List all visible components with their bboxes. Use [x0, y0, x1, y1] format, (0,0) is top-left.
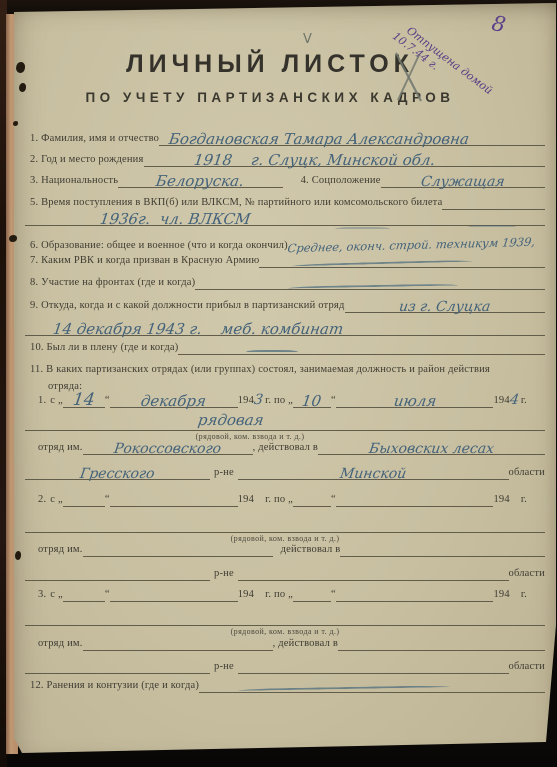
- lbl-acted: , действовал в: [253, 442, 318, 455]
- entry1-position: рядовая: [197, 411, 265, 429]
- entry2-hint-line: [25, 532, 545, 533]
- scanned-document: 8 Отпущена домой 10.7.44 г. V ЛИЧНЫЙ ЛИС…: [0, 0, 557, 767]
- field-nationality-line: Белоруска.: [118, 174, 282, 188]
- field-units-intro: 11. В каких партизанских отрядах (или гр…: [30, 364, 490, 377]
- entry1-hint-row: (рядовой, ком. взвода и т. д.): [25, 430, 545, 441]
- entry2-day2-slot: [293, 493, 331, 507]
- entry2-otryad-slot: [83, 543, 273, 557]
- entry3-hint-line: [25, 625, 545, 626]
- field-birth: 2. Год и место рождения 1918 г. Слуцк, М…: [30, 153, 545, 167]
- lbl-acted: действовал в: [281, 544, 341, 557]
- entry1-district: Гресского: [79, 466, 156, 482]
- field-captivity-label: 10. Был ли в плену (где и когда): [30, 342, 178, 355]
- entry1-district-row: Гресского р-не Минской области: [25, 466, 545, 480]
- field-surname-line: Богдановская Тамара Александровна: [159, 132, 545, 146]
- field-rvk-label: 7. Каким РВК и когда призван в Красную А…: [30, 255, 259, 268]
- field-captivity-line: [178, 341, 545, 355]
- entry3-otryad-row: отряд им. , действовал в: [38, 637, 545, 651]
- field-birth-line: 1918 г. Слуцк, Минской обл.: [144, 153, 545, 167]
- field-social-value: Служащая: [420, 174, 506, 190]
- lbl-y: 194: [238, 589, 254, 602]
- entry3-district-slot: [25, 660, 210, 674]
- entry3-day-slot: [63, 588, 105, 602]
- entry3-otryad-slot: [83, 637, 273, 651]
- field-surname: 1. Фамилия, имя и отчество Богдановская …: [30, 132, 545, 146]
- lbl-rne: р-не: [214, 661, 234, 674]
- entry2-acted-slot: [340, 543, 545, 557]
- entry1-year2-digit: 4: [509, 392, 522, 408]
- field-social-line: Служащая: [381, 174, 545, 188]
- lbl-y: 194: [493, 395, 509, 408]
- entry1-oblast: Минской: [339, 466, 407, 482]
- entry1-month2: июля: [392, 392, 437, 410]
- pencil-check-mark: V: [303, 32, 312, 47]
- entry3-month2-slot: [336, 588, 494, 602]
- field-education-value: Среднее, оконч. строй. техникум 1939,: [287, 235, 536, 255]
- field-nationality-value: Белоруска.: [155, 172, 245, 190]
- lbl-otryad: отряд им.: [38, 442, 83, 455]
- lbl-otryad: отряд им.: [38, 638, 83, 651]
- field-birth-label: 2. Год и место рождения: [30, 154, 144, 167]
- field-party-value: 1936г. чл. ВЛКСМ: [99, 210, 252, 228]
- lbl-s: с „: [50, 494, 63, 507]
- entry1-day-slot: 14: [63, 394, 105, 408]
- lbl-g: г.: [521, 395, 527, 408]
- entry3-day2-slot: [293, 588, 331, 602]
- field-origin-value2: 14 декабря 1943 г. меб. комбинат: [52, 320, 345, 338]
- field-origin-row2: 14 декабря 1943 г. меб. комбинат: [25, 322, 545, 336]
- ink-stroke: [246, 350, 298, 352]
- entry1-otryad: Рокоссовского: [113, 441, 222, 457]
- field-education-label: 6. Образование: общее и военное (что и к…: [30, 240, 288, 253]
- entry3-oblast-slot: [238, 660, 509, 674]
- field-party-value-row: 1936г. чл. ВЛКСМ: [25, 212, 545, 226]
- lbl-rne: р-не: [214, 568, 234, 581]
- field-wounds-label: 12. Ранения и контузии (где и когда): [30, 680, 199, 693]
- field-party-label: 5. Время поступления в ВКП(б) или ВЛКСМ,…: [30, 197, 442, 210]
- entry3-hint: (рядовой, ком. взвода и т. д.): [25, 627, 545, 636]
- field-captivity: 10. Был ли в плену (где и когда): [30, 341, 545, 355]
- entry1-acted: Быховских лесах: [368, 441, 495, 457]
- ink-blot: [15, 551, 21, 560]
- entry1-acted-slot: Быховских лесах: [318, 441, 545, 455]
- lbl-y: 194: [493, 589, 509, 602]
- entry2-district-slot: [25, 567, 210, 581]
- field-origin-line2: 14 декабря 1943 г. меб. комбинат: [25, 322, 545, 336]
- entry3-acted-slot: [338, 637, 545, 651]
- entry1-month: декабря: [140, 392, 208, 410]
- entry1-month2-slot: июля: [336, 394, 494, 408]
- lbl-g: г.: [521, 589, 527, 602]
- field-party-line: 1936г. чл. ВЛКСМ: [25, 212, 545, 226]
- lbl-g: г.: [521, 494, 527, 507]
- entry1-otryad-slot: Рокоссовского: [83, 441, 253, 455]
- entry2-hint-row: (рядовой, ком. взвода и т. д.): [25, 532, 545, 543]
- field-nationality-label: 3. Национальность: [30, 175, 118, 188]
- lbl-s: с „: [50, 395, 63, 408]
- paper-sheet: [0, 0, 557, 767]
- entry1-year-digit: 3: [253, 392, 266, 408]
- entry2-day-slot: [63, 493, 105, 507]
- field-wounds: 12. Ранения и контузии (где и когда): [30, 679, 545, 693]
- field-units-label: 11. В каких партизанских отрядах (или гр…: [30, 364, 490, 377]
- field-social-label: 4. Соцположение: [301, 175, 381, 188]
- entry1-month-slot: декабря: [110, 394, 238, 408]
- entry1-num: 1.: [38, 395, 46, 408]
- service-entry1-dates: 1. с „ 14 “ декабря 194 3 г. по „ 10 “ и…: [38, 392, 527, 408]
- field-party: 5. Время поступления в ВКП(б) или ВЛКСМ,…: [30, 196, 545, 210]
- entry3-district-row: р-не области: [25, 660, 545, 674]
- entry2-num: 2.: [38, 494, 46, 507]
- ink-blot: [9, 235, 17, 242]
- ink-stroke: [335, 227, 390, 229]
- lbl-rne: р-не: [214, 467, 234, 480]
- entry3-month-slot: [110, 588, 238, 602]
- field-surname-label: 1. Фамилия, имя и отчество: [30, 133, 159, 146]
- field-origin: 9. Откуда, когда и с какой должности при…: [30, 299, 545, 313]
- entry1-hint: (рядовой, ком. взвода и т. д.): [25, 432, 475, 441]
- field-nationality-social: 3. Национальность Белоруска. 4. Соцполож…: [30, 174, 545, 188]
- lbl-oblast: области: [509, 467, 546, 480]
- lbl-s: с „: [50, 589, 63, 602]
- field-origin-value1: из г. Слуцка: [398, 299, 492, 315]
- entry1-district-slot: Гресского: [25, 466, 210, 480]
- entry3-hint-row: (рядовой, ком. взвода и т. д.): [25, 625, 545, 636]
- lbl-otryad: отряд им.: [38, 544, 83, 557]
- entry2-district-row: р-не области: [25, 567, 545, 581]
- ink-blot: [19, 83, 26, 92]
- lbl-po: г. по „: [265, 395, 293, 408]
- document-subtitle: ПО УЧЕТУ ПАРТИЗАНСКИХ КАДРОВ: [40, 90, 500, 105]
- entry2-otryad-row: отряд им. действовал в: [38, 543, 545, 557]
- field-party-trailing-line: [442, 196, 545, 210]
- entry1-day2: 10: [301, 392, 323, 410]
- field-surname-value: Богдановская Тамара Александровна: [168, 130, 471, 148]
- lbl-po: г. по „: [265, 494, 293, 507]
- entry2-month-slot: [110, 493, 238, 507]
- field-fronts-line: [195, 276, 545, 290]
- entry1-otryad-row: отряд им. Рокоссовского , действовал в Б…: [38, 441, 545, 455]
- field-fronts: 8. Участие на фронтах (где и когда): [30, 276, 545, 290]
- entry2-oblast-slot: [238, 567, 509, 581]
- field-birth-value: 1918 г. Слуцк, Минской обл.: [192, 151, 436, 169]
- service-entry3-dates: 3. с „ “ 194 г. по „ “ 194 г.: [38, 588, 527, 602]
- ink-blot: [13, 121, 18, 126]
- entry2-month2-slot: [336, 493, 494, 507]
- entry3-num: 3.: [38, 589, 46, 602]
- entry1-day2-slot: 10: [293, 394, 331, 408]
- field-origin-label: 9. Откуда, когда и с какой должности при…: [30, 300, 345, 313]
- field-origin-line: из г. Слуцка: [345, 299, 546, 313]
- pencil-cross-icon: [391, 50, 425, 104]
- entry1-oblast-slot: Минской: [238, 466, 509, 480]
- service-entry2-dates: 2. с „ “ 194 г. по „ “ 194 г.: [38, 493, 527, 507]
- entry1-day: 14: [72, 390, 96, 410]
- lbl-y: 194: [238, 494, 254, 507]
- lbl-y: 194: [238, 395, 254, 408]
- field-education: 6. Образование: общее и военное (что и к…: [30, 238, 555, 253]
- entry1-hint-line: [25, 430, 545, 431]
- ink-stroke: [468, 225, 516, 227]
- lbl-po: г. по „: [265, 589, 293, 602]
- field-fronts-label: 8. Участие на фронтах (где и когда): [30, 277, 195, 290]
- ink-blot: [16, 62, 25, 73]
- entry2-hint: (рядовой, ком. взвода и т. д.): [25, 534, 545, 543]
- lbl-y: 194: [493, 494, 509, 507]
- lbl-oblast: области: [509, 661, 546, 674]
- lbl-acted: , действовал в: [273, 638, 338, 651]
- lbl-oblast: области: [509, 568, 546, 581]
